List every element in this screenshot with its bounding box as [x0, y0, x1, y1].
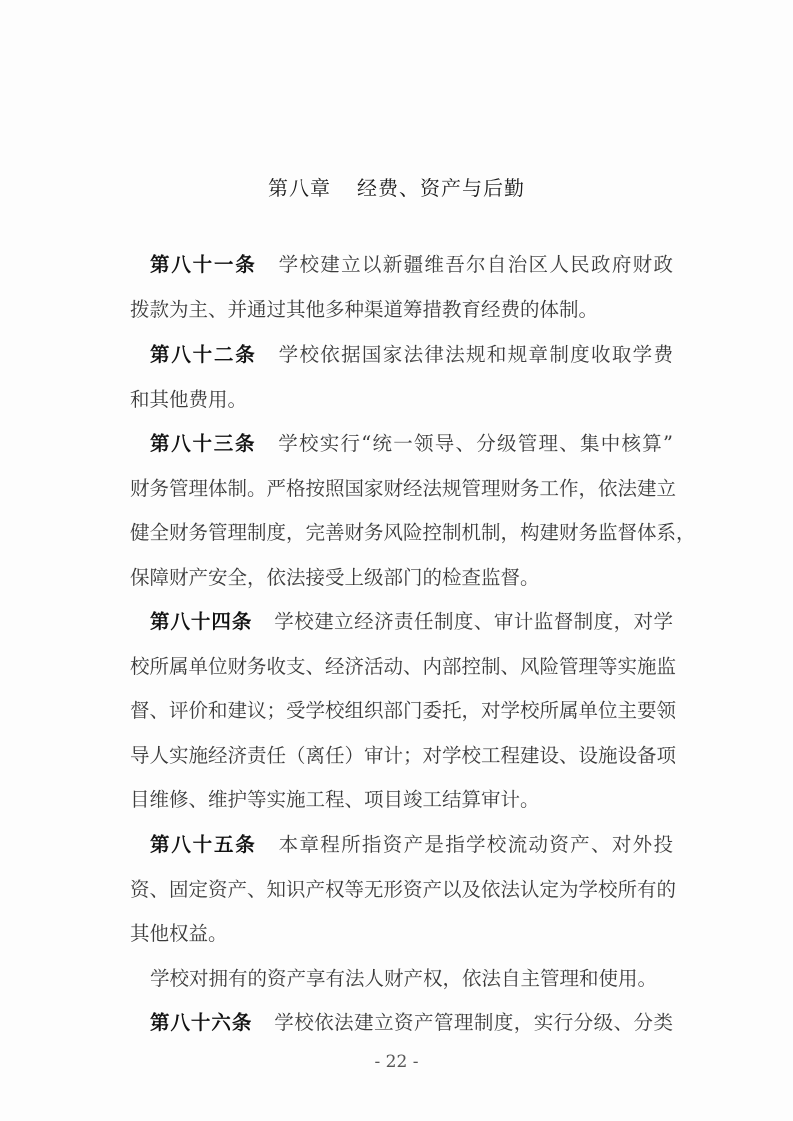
page-number: - 22 - [0, 1052, 793, 1072]
article-84-line-3: 督、评价和建议；受学校组织部门委托，对学校所属单位主要领 [130, 697, 673, 725]
article-85-line-2: 资、固定资产、知识产权等无形资产以及依法认定为学校所有的 [130, 876, 673, 904]
article-83-line-4: 保障财产安全，依法接受上级部门的检查监督。 [130, 564, 673, 592]
document-page: 第八章经费、资产与后勤 第八十一条学校建立以新疆维吾尔自治区人民政府财政 拨款为… [0, 0, 793, 1121]
article-83-line-2: 财务管理体制。严格按照国家财经法规管理财务工作，依法建立 [130, 475, 673, 503]
article-84-line-4: 导人实施经济责任（离任）审计；对学校工程建设、设施设备项 [130, 742, 673, 770]
article-label: 第八十三条 [150, 432, 256, 455]
article-85-line-3: 其他权益。 [130, 920, 673, 948]
article-86-line-1: 第八十六条学校依法建立资产管理制度，实行分级、分类 [150, 1009, 673, 1037]
article-83-line-3: 健全财务管理制度，完善财务风险控制机制，构建财务监督体系， [130, 519, 673, 547]
asset-rights-paragraph: 学校对拥有的资产享有法人财产权，依法自主管理和使用。 [150, 965, 673, 993]
article-label: 第八十二条 [150, 343, 257, 366]
article-84-line-5: 目维修、维护等实施工程、项目竣工结算审计。 [130, 786, 673, 814]
article-label: 第八十五条 [150, 833, 257, 856]
article-82-line-2: 和其他费用。 [130, 386, 673, 414]
article-85-line-1: 第八十五条本章程所指资产是指学校流动资产、对外投 [150, 831, 673, 859]
article-81-line-2: 拨款为主、并通过其他多种渠道筹措教育经费的体制。 [130, 296, 673, 324]
chapter-title: 第八章经费、资产与后勤 [0, 172, 793, 201]
article-84-line-1: 第八十四条学校建立经济责任制度、审计监督制度，对学 [150, 608, 673, 636]
article-label: 第八十一条 [150, 253, 257, 276]
article-label: 第八十四条 [150, 610, 252, 633]
article-82-line-1: 第八十二条学校依据国家法律法规和规章制度收取学费 [150, 341, 673, 369]
chapter-number: 第八章 [268, 176, 331, 200]
article-81-line-1: 第八十一条学校建立以新疆维吾尔自治区人民政府财政 [150, 251, 673, 279]
chapter-heading: 经费、资产与后勤 [357, 176, 525, 200]
article-84-line-2: 校所属单位财务收支、经济活动、内部控制、风险管理等实施监 [130, 653, 673, 681]
article-83-line-1: 第八十三条学校实行“统一领导、分级管理、集中核算” [150, 430, 673, 458]
article-label: 第八十六条 [150, 1011, 252, 1034]
